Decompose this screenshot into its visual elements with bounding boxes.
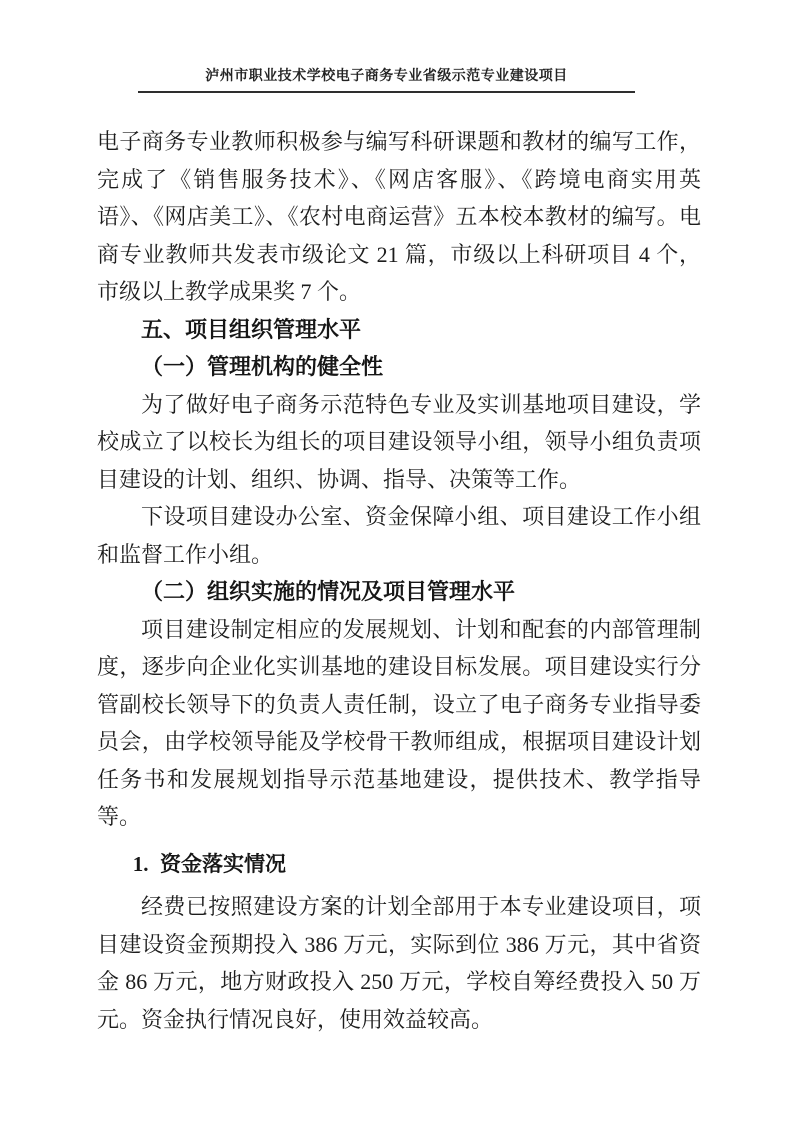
paragraph-leading-group: 为了做好电子商务示范特色专业及实训基地项目建设，学校成立了以校长为组长的项目建设…: [97, 386, 701, 499]
subsection-heading-2: （二）组织实施的情况及项目管理水平: [97, 573, 701, 611]
paragraph-management-system: 项目建设制定相应的发展规划、计划和配套的内部管理制度，逐步向企业化实训基地的建设…: [97, 611, 701, 836]
paragraph-subgroups: 下设项目建设办公室、资金保障小组、项目建设工作小组和监督工作小组。: [97, 498, 701, 573]
header-title: 泸州市职业技术学校电子商务专业省级示范专业建设项目: [138, 66, 635, 84]
document-body: 电子商务专业教师积极参与编写科研课题和教材的编写工作，完成了《销售服务技术》、《…: [97, 123, 701, 1038]
subsection-heading-1: （一）管理机构的健全性: [97, 348, 701, 386]
item-heading-funding: 1.资金落实情况: [97, 846, 701, 884]
item-heading-text: 资金落实情况: [160, 852, 286, 876]
paragraph-funding-details: 经费已按照建设方案的计划全部用于本专业建设项目，项目建设资金预期投入 386 万…: [97, 888, 701, 1038]
document-page: 泸州市职业技术学校电子商务专业省级示范专业建设项目 电子商务专业教师积极参与编写…: [0, 0, 793, 1122]
paragraph-teaching-materials: 电子商务专业教师积极参与编写科研课题和教材的编写工作，完成了《销售服务技术》、《…: [97, 123, 701, 311]
section-heading-5: 五、项目组织管理水平: [97, 311, 701, 349]
item-number: 1.: [133, 852, 149, 876]
page-header: 泸州市职业技术学校电子商务专业省级示范专业建设项目: [138, 66, 635, 93]
